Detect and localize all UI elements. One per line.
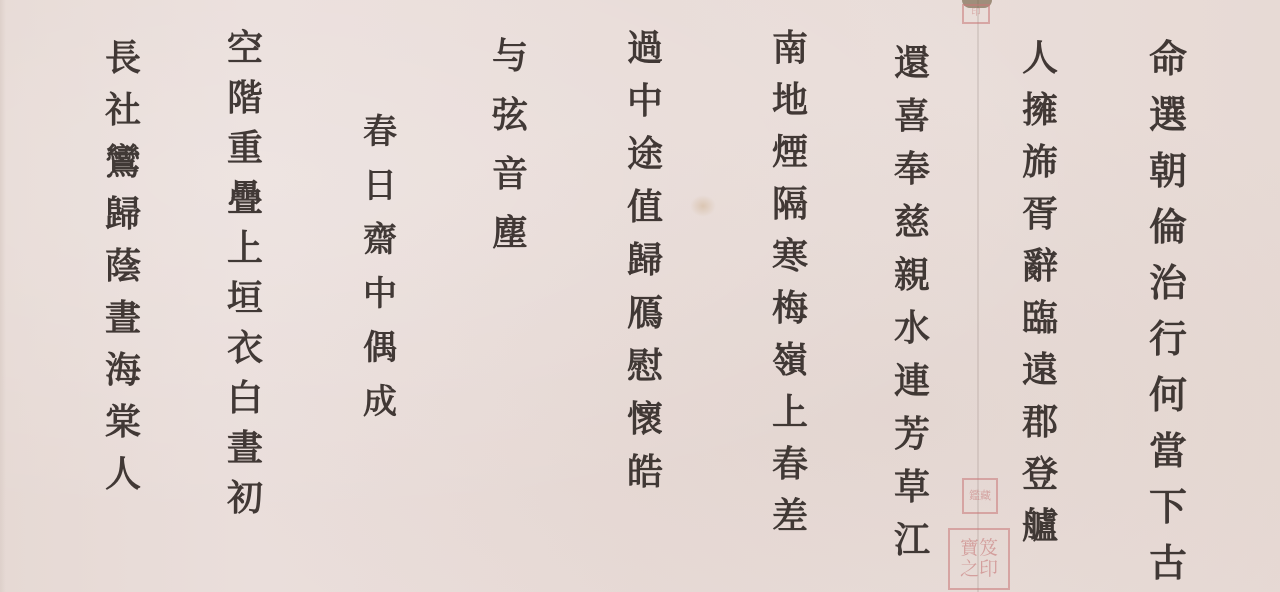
calligraphy-character: 行	[1149, 320, 1187, 358]
calligraphy-character: 晝	[105, 300, 141, 336]
calligraphy-character: 登	[1022, 456, 1058, 492]
calligraphy-character: 擁	[1022, 92, 1058, 128]
calligraphy-character: 江	[894, 522, 930, 558]
calligraphy-character: 重	[227, 130, 263, 166]
calligraphy-character: 社	[105, 92, 141, 128]
calligraphy-column: 過中途值歸鴈慰懷皓	[627, 30, 663, 490]
calligraphy-character: 命	[1149, 40, 1187, 78]
calligraphy-character: 辭	[1022, 248, 1058, 284]
calligraphy-character: 寒	[772, 238, 808, 274]
calligraphy-character: 成	[363, 385, 397, 419]
calligraphy-character: 地	[772, 82, 808, 118]
calligraphy-character: 喜	[894, 98, 930, 134]
calligraphy-character: 嶺	[772, 342, 808, 378]
calligraphy-character: 疊	[227, 180, 263, 216]
calligraphy-character: 日	[363, 169, 397, 203]
calligraphy-character: 親	[894, 257, 930, 293]
calligraphy-character: 空	[227, 30, 263, 66]
calligraphy-character: 煙	[772, 134, 808, 170]
calligraphy-column: 与弦音塵	[492, 38, 528, 251]
paper-stain	[690, 195, 716, 217]
calligraphy-character: 下	[1149, 488, 1187, 526]
calligraphy-character: 蔭	[105, 248, 141, 284]
calligraphy-character: 還	[894, 45, 930, 81]
calligraphy-character: 朝	[1149, 152, 1187, 190]
calligraphy-character: 懷	[627, 401, 663, 437]
calligraphy-character: 上	[772, 394, 808, 430]
calligraphy-character: 春	[772, 446, 808, 482]
calligraphy-character: 差	[772, 498, 808, 534]
calligraphy-character: 臨	[1022, 300, 1058, 336]
calligraphy-character: 當	[1149, 432, 1187, 470]
calligraphy-column: 命選朝倫治行何當下古	[1149, 40, 1187, 582]
calligraphy-character: 途	[627, 136, 663, 172]
calligraphy-character: 人	[1022, 40, 1058, 76]
calligraphy-column: 長社鸞歸蔭晝海棠人	[105, 40, 141, 492]
calligraphy-character: 春	[363, 115, 397, 149]
seal-stamp: 印	[962, 4, 990, 24]
calligraphy-character: 弦	[492, 97, 528, 133]
calligraphy-character: 衣	[227, 330, 263, 366]
calligraphy-character: 与	[492, 38, 528, 74]
calligraphy-character: 選	[1149, 96, 1187, 134]
calligraphy-character: 歸	[105, 196, 141, 232]
calligraphy-character: 棠	[105, 404, 141, 440]
calligraphy-column: 空階重疊上垣衣白晝初	[227, 30, 263, 516]
seal-stamp: 鑑藏	[962, 478, 998, 514]
calligraphy-character: 海	[105, 352, 141, 388]
calligraphy-character: 芳	[894, 416, 930, 452]
calligraphy-column: 南地煙隔寒梅嶺上春差	[772, 30, 808, 534]
seal-stamp: 寶笈之印	[948, 528, 1010, 590]
calligraphy-character: 慰	[627, 348, 663, 384]
calligraphy-character: 值	[627, 189, 663, 225]
calligraphy-character: 治	[1149, 264, 1187, 302]
calligraphy-character: 奉	[894, 151, 930, 187]
calligraphy-character: 鴈	[627, 295, 663, 331]
calligraphy-character: 塵	[492, 215, 528, 251]
calligraphy-character: 連	[894, 363, 930, 399]
calligraphy-character: 中	[363, 277, 397, 311]
calligraphy-character: 齋	[363, 223, 397, 257]
calligraphy-character: 胥	[1022, 196, 1058, 232]
calligraphy-character: 隔	[772, 186, 808, 222]
calligraphy-character: 倫	[1149, 208, 1187, 246]
calligraphy-character: 慈	[894, 204, 930, 240]
calligraphy-character: 白	[227, 380, 263, 416]
calligraphy-character: 皓	[627, 454, 663, 490]
calligraphy-character: 何	[1149, 376, 1187, 414]
calligraphy-character: 階	[227, 80, 263, 116]
calligraphy-character: 偶	[363, 331, 397, 365]
calligraphy-character: 晝	[227, 430, 263, 466]
calligraphy-character: 古	[1149, 544, 1187, 582]
calligraphy-character: 南	[772, 30, 808, 66]
calligraphy-character: 長	[105, 40, 141, 76]
calligraphy-character: 人	[105, 456, 141, 492]
calligraphy-column: 還喜奉慈親水連芳草江	[894, 45, 930, 558]
calligraphy-character: 水	[894, 310, 930, 346]
calligraphy-character: 旆	[1022, 144, 1058, 180]
calligraphy-character: 鸞	[105, 144, 141, 180]
calligraphy-character: 音	[492, 156, 528, 192]
calligraphy-character: 郡	[1022, 404, 1058, 440]
calligraphy-column: 春日齋中偶成	[363, 115, 397, 419]
calligraphy-character: 中	[627, 83, 663, 119]
calligraphy-character: 上	[227, 230, 263, 266]
calligraphy-character: 垣	[227, 280, 263, 316]
paper-edge	[0, 0, 6, 592]
calligraphy-character: 艫	[1022, 508, 1058, 544]
calligraphy-character: 遠	[1022, 352, 1058, 388]
calligraphy-character: 過	[627, 30, 663, 66]
calligraphy-character: 梅	[772, 290, 808, 326]
calligraphy-scroll: 命選朝倫治行何當下古人擁旆胥辭臨遠郡登艫還喜奉慈親水連芳草江南地煙隔寒梅嶺上春差…	[0, 0, 1280, 592]
calligraphy-character: 草	[894, 469, 930, 505]
calligraphy-character: 初	[227, 480, 263, 516]
calligraphy-character: 歸	[627, 242, 663, 278]
calligraphy-column: 人擁旆胥辭臨遠郡登艫	[1022, 40, 1058, 544]
